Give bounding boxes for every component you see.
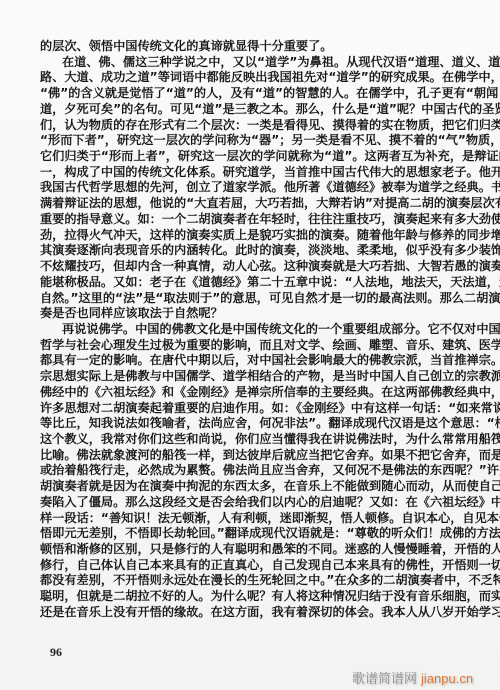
watermark: 歌谱简谱网jianpu.cn (352, 668, 473, 687)
watermark-domain: jianpu.cn (421, 671, 473, 686)
text-line: 还是在音乐上没有开悟的缘故。在这方面，我有着深切的体会。我本人从八岁开始学习二 (40, 603, 454, 621)
document-page: 的层次、领悟中国传统文化的真谛就显得十分重要了。在道、佛、儒这三种学说之中，又以… (0, 0, 500, 690)
watermark-site-name: 歌谱简谱网 (352, 672, 417, 687)
page-number: 96 (50, 645, 62, 660)
